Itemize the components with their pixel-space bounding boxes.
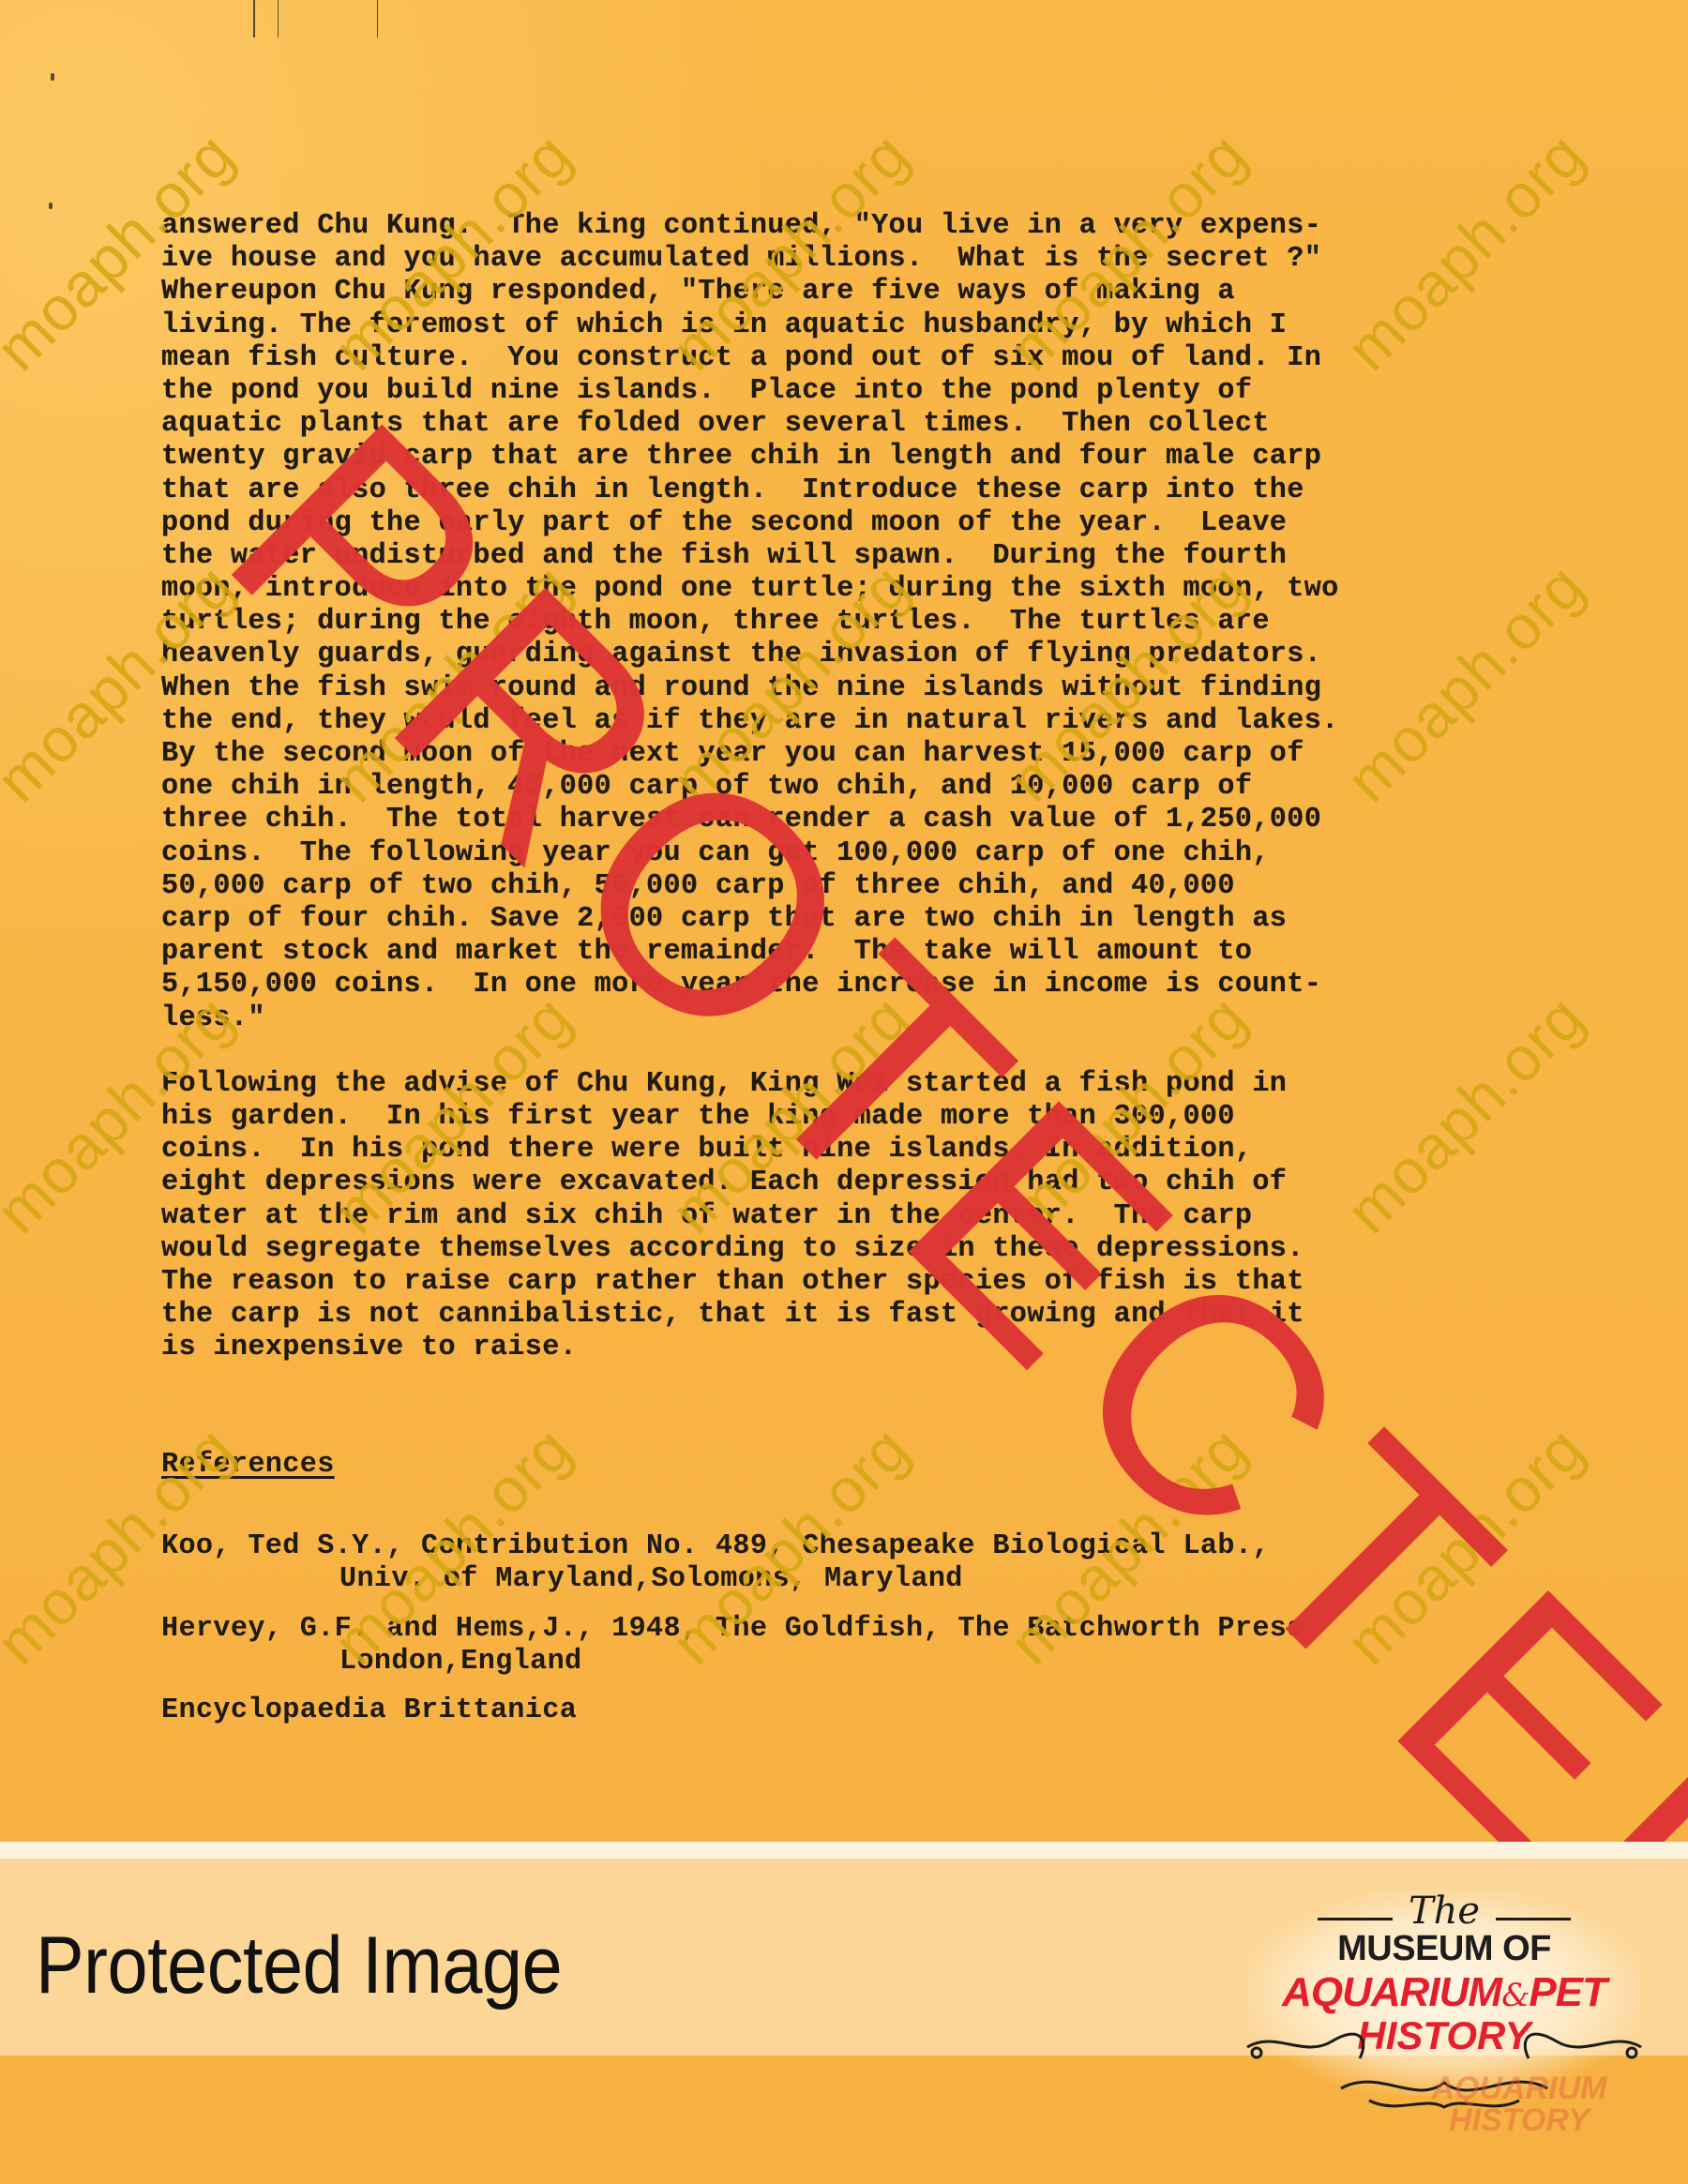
logo-ghost-reflection: AQUARIUM HISTORY: [1388, 2072, 1650, 2136]
logo-the: The: [1228, 1890, 1660, 1933]
logo-museum-of: MUSEUM OF: [1228, 1929, 1660, 1969]
banner-divider: [0, 1842, 1688, 1859]
text-line: answered Chu Kung. The king continued, "…: [161, 210, 1512, 243]
text-line: mean fish culture. You construct a pond …: [161, 342, 1512, 375]
text-line: ive house and you have accumulated milli…: [161, 243, 1512, 276]
protected-image-label: Protected Image: [36, 1920, 562, 2012]
text-line: Whereupon Chu Kung responded, "There are…: [161, 276, 1512, 309]
scan-artifact: [51, 73, 54, 81]
scan-artifact: [278, 0, 279, 38]
scan-artifact: [253, 0, 255, 38]
text-line: the pond you build nine islands. Place i…: [161, 375, 1512, 408]
scan-artifact: [377, 0, 378, 38]
museum-logo: The MUSEUM OF AQUARIUM&PET HISTORY AQUAR…: [1228, 1880, 1660, 2161]
logo-aquarium-pet: AQUARIUM&PET: [1228, 1969, 1660, 2016]
text-line: living. The foremost of which is in aqua…: [161, 309, 1512, 342]
scan-artifact: [49, 203, 53, 209]
